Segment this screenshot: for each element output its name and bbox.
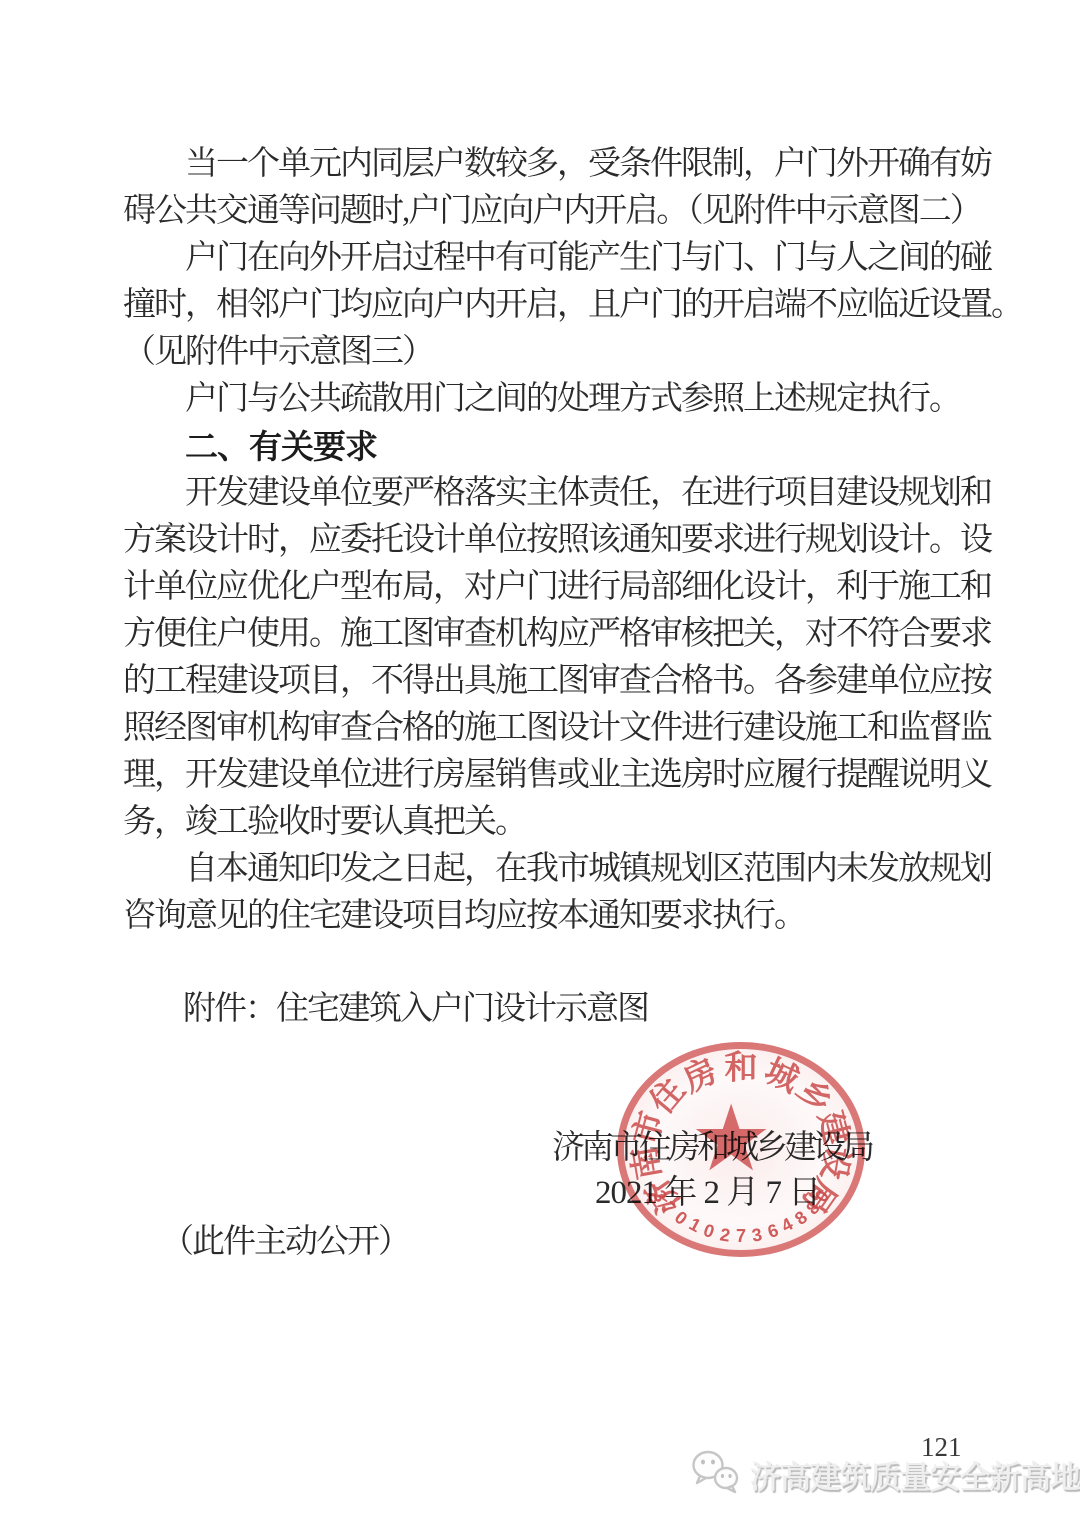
disclosure-note: （此件主动公开） xyxy=(161,1218,409,1266)
body-line: 理，开发建设单位进行房屋销售或业主选房时应履行提醒说明义 xyxy=(123,752,973,799)
body-line: 自本通知印发之日起，在我市城镇规划区范围内未发放规划 xyxy=(123,846,973,893)
seal-code-digit: 3 xyxy=(751,1225,764,1244)
body-line: 的工程建设项目，不得出具施工图审查合格书。各参建单位应按 xyxy=(123,658,973,705)
seal-arc-char: 住 xyxy=(644,1073,690,1119)
body-line: 方案设计时，应委托设计单位按照该通知要求进行规划设计。设 xyxy=(123,517,973,564)
body-line: 开发建设单位要严格落实主体责任，在进行项目建设规划和 xyxy=(123,470,973,517)
body-line: 撞时，相邻户门均应向户内开启，且户门的开启端不应临近设置。 xyxy=(123,282,973,329)
seal-arc-char: 和 xyxy=(725,1051,758,1084)
body-line: 方便住户使用。施工图审查机构应严格审核把关，对不符合要求 xyxy=(123,611,973,658)
seal-arc-char: 城 xyxy=(760,1053,804,1097)
seal-code-digit: 6 xyxy=(765,1221,780,1241)
signature-org: 济南市住房和城乡建设局 xyxy=(552,1124,871,1172)
body-line: 户门在向外开启过程中有可能产生门与门、门与人之间的碰 xyxy=(123,235,973,282)
seal-arc-char: 乡 xyxy=(791,1073,837,1119)
body-line: 照经图审机构审查合格的施工图设计文件进行建设施工和监督监 xyxy=(123,705,973,752)
document-body: 当一个单元内同层户数较多，受条件限制，户门外开确有妨碍公共交通等问题时,户门应向… xyxy=(123,141,973,940)
seal-code-digit: 4 xyxy=(779,1215,796,1236)
page: 当一个单元内同层户数较多，受条件限制，户门外开确有妨碍公共交通等问题时,户门应向… xyxy=(0,0,1080,1527)
seal-code-digit: 7 xyxy=(736,1227,746,1245)
seal-arc-char: 房 xyxy=(678,1053,722,1097)
seal-code-digit: 2 xyxy=(719,1225,732,1244)
body-line: 务，竣工验收时要认真把关。 xyxy=(123,799,973,846)
body-line: 当一个单元内同层户数较多，受条件限制，户门外开确有妨 xyxy=(123,141,973,188)
seal-code-digit: 0 xyxy=(702,1221,717,1241)
wechat-icon xyxy=(688,1448,742,1501)
body-line: 碍公共交通等问题时,户门应向户内开启。（见附件中示意图二） xyxy=(123,188,973,235)
signature-date: 2021 年 2 月 7 日 xyxy=(595,1169,820,1217)
body-line: 咨询意见的住宅建设项目均应按本通知要求执行。 xyxy=(123,893,973,940)
attachment-line: 附件：住宅建筑入户门设计示意图 xyxy=(183,985,648,1033)
body-line: 计单位应优化户型布局，对户门进行局部细化设计，利于施工和 xyxy=(123,564,973,611)
watermark: 济高建筑质量安全新高地 xyxy=(688,1448,1080,1501)
seal-code-digit: 1 xyxy=(686,1215,703,1236)
watermark-text: 济高建筑质量安全新高地 xyxy=(750,1452,1080,1497)
section-heading: 二、有关要求 xyxy=(123,423,973,470)
body-line: 户门与公共疏散用门之间的处理方式参照上述规定执行。 xyxy=(123,376,973,423)
body-line: （见附件中示意图三） xyxy=(123,329,973,376)
